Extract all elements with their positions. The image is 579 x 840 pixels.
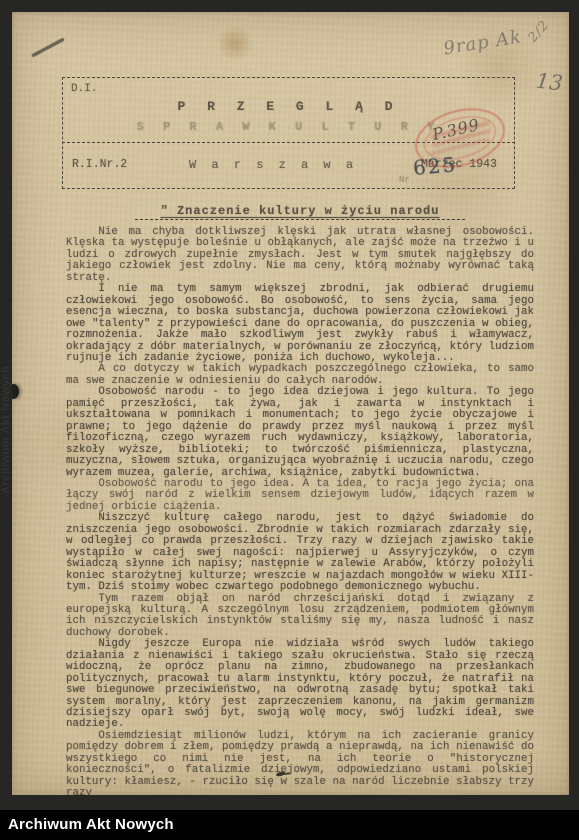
article-paragraph: Osobowość narodu - to jego idea dziejowa… xyxy=(66,387,534,479)
handwritten-annotation-text: 9rap Ak xyxy=(442,26,523,59)
article-paragraph: I nie ma tym samym większej zbrodni, jak… xyxy=(66,284,534,364)
handwritten-fraction: 2/2 xyxy=(526,18,553,46)
pencil-stroke-mark xyxy=(31,38,64,58)
masthead-city: W a r s z a w a xyxy=(189,158,357,172)
article-paragraph: Osiemdziesiąt milionów ludzi, którym na … xyxy=(66,731,534,795)
archive-name-watermark: Archiwum Akt Nowych xyxy=(8,816,174,833)
masthead-corner-code: D.I. xyxy=(71,83,97,95)
handwritten-page-number: 13 xyxy=(535,68,564,95)
bottom-watermark-bar: Archiwum Akt Nowych xyxy=(0,810,579,840)
article-heading: " Znaczenie kultury w życiu narodu xyxy=(66,204,534,218)
article-paragraphs: Nie ma chyba dotkliwszej klęski jak utra… xyxy=(66,227,534,795)
article-paragraph: Niszczyć kulturę całego narodu, jest to … xyxy=(66,513,534,593)
masthead-issue-number: R.I.Nr.2 xyxy=(72,158,127,171)
stamp-accession-number: 625 xyxy=(412,152,458,180)
side-archive-watermark: Archiwum Akt Nowych xyxy=(0,295,13,565)
handwritten-annotation: 9rap Ak 2/2 xyxy=(442,22,554,60)
article-paragraph: Tym razem objął on naród chrześcijański … xyxy=(66,594,534,640)
article-paragraph: Osobowość narodu to jego idea. A ta idea… xyxy=(66,479,534,513)
article-paragraph: Nigdy jeszcze Europa nie widziała wśród … xyxy=(66,639,534,731)
article-body: " Znaczenie kultury w życiu narodu Nie m… xyxy=(66,204,534,795)
red-oval-stamp: P.399 625 xyxy=(400,102,510,190)
article-paragraph: A co dotyczy w takich wypadkach poszczeg… xyxy=(66,364,534,387)
heading-underline-dashes xyxy=(135,219,465,220)
paper-edge-hole xyxy=(12,384,19,399)
scanned-document-page: 9rap Ak 2/2 D.I. P R Z E G L Ą D S P R A… xyxy=(12,12,569,795)
article-paragraph: Nie ma chyba dotkliwszej klęski jak utra… xyxy=(66,227,534,284)
archive-scan-viewer: 9rap Ak 2/2 D.I. P R Z E G L Ą D S P R A… xyxy=(0,0,579,840)
